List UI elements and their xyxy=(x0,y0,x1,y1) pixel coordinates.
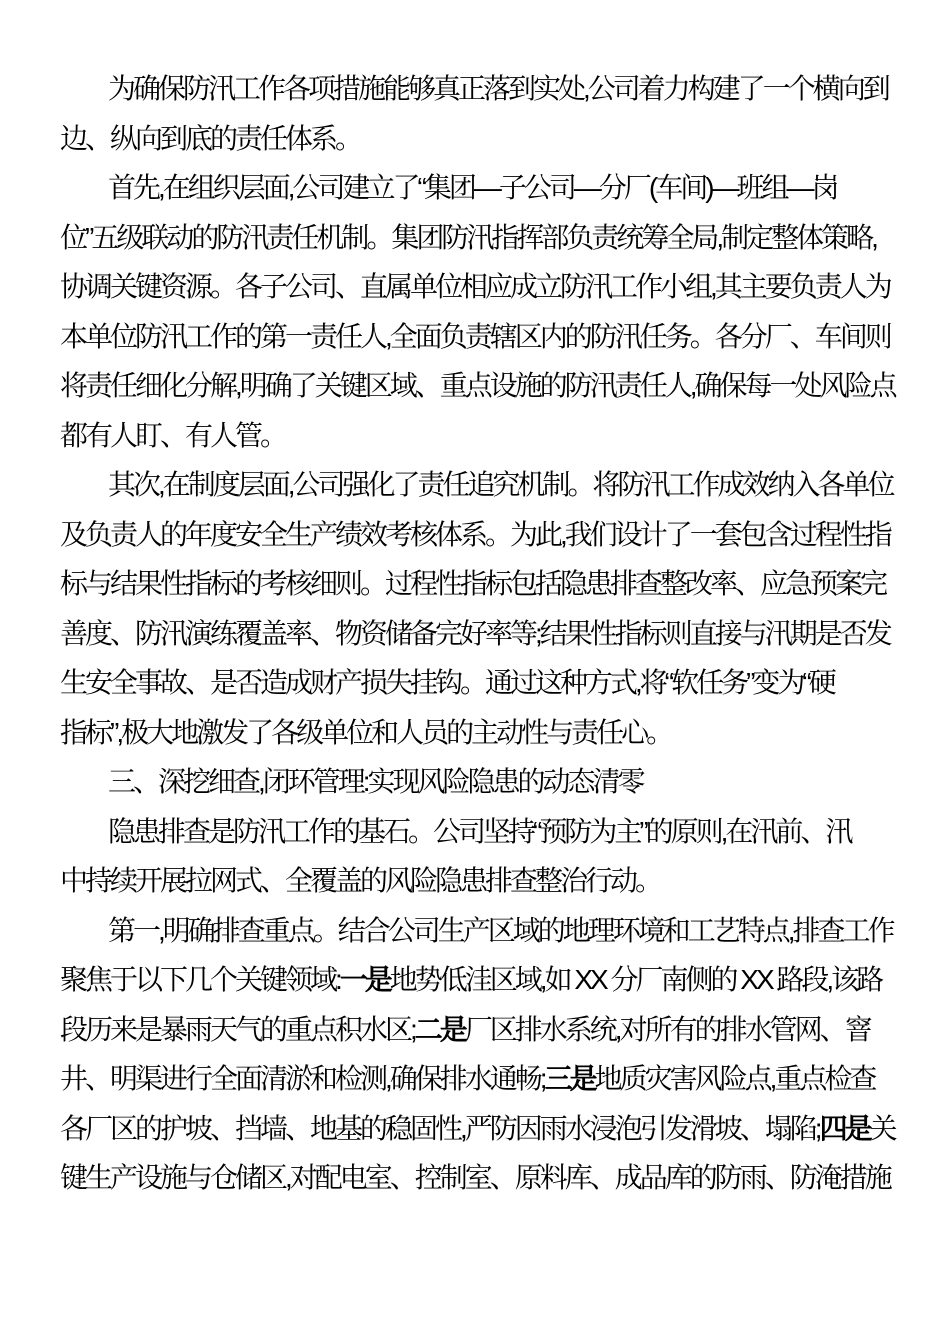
body-text: 本单位防汛工作的第一责任人,全面负责辖区内的防汛任务。各分厂、车间则 xyxy=(60,321,890,352)
body-text: 键生产设施与仓储区,对配电室、控制室、原料库、成品库的防雨、防淹措施 xyxy=(60,1162,890,1193)
body-text: 段历来是暴雨天气的重点积水区; xyxy=(60,1014,415,1045)
text-line: 首先,在组织层面,公司建立了“集团—子公司—分厂(车间)—班组—岗 xyxy=(60,163,892,213)
body-text: 厂区排水系统,对所有的排水管网、窨 xyxy=(465,1014,870,1045)
body-text: 指标”,极大地激发了各级单位和人员的主动性与责任心。 xyxy=(60,717,671,748)
text-line: 其次,在制度层面,公司强化了责任追究机制。将防汛工作成效纳入各单位 xyxy=(60,460,892,510)
body-text: 第一,明确排查重点。结合公司生产区域的地理环境和工艺特点,排查工作 xyxy=(108,915,893,946)
body-text: 其次,在制度层面,公司强化了责任追究机制。将防汛工作成效纳入各单位 xyxy=(108,469,893,500)
body-text: 关 xyxy=(870,1113,895,1144)
text-line: 边、纵向到底的责任体系。 xyxy=(60,114,892,164)
body-text: 三、深挖细查,闭环管理:实现风险隐患的动态清零 xyxy=(108,766,643,797)
emphasis-text: 三是 xyxy=(545,1063,595,1094)
body-text: 地质灾害风险点,重点检查 xyxy=(595,1063,875,1094)
body-text: 首先,在组织层面,公司建立了“集团—子公司—分厂(车间)—班组—岗 xyxy=(108,172,837,203)
emphasis-text: 二是 xyxy=(415,1014,465,1045)
text-line: 聚焦于以下几个关键领域:一是地势低洼区域,如 XX 分厂南侧的 XX 路段,该路 xyxy=(60,955,892,1005)
body-text: 协调关键资源。各子公司、直属单位相应成立防汛工作小组,其主要负责人为 xyxy=(60,271,890,302)
text-line: 中持续开展拉网式、全覆盖的风险隐患排查整治行动。 xyxy=(60,856,892,906)
text-line: 生安全事故、是否造成财产损失挂钩。通过这种方式,将“软任务”变为“硬 xyxy=(60,658,892,708)
body-text: 为确保防汛工作各项措施能够真正落到实处,公司着力构建了一个横向到 xyxy=(108,73,888,104)
text-line: 第一,明确排查重点。结合公司生产区域的地理环境和工艺特点,排查工作 xyxy=(60,906,892,956)
text-line: 协调关键资源。各子公司、直属单位相应成立防汛工作小组,其主要负责人为 xyxy=(60,262,892,312)
emphasis-text: 一是 xyxy=(340,964,390,995)
text-line: 为确保防汛工作各项措施能够真正落到实处,公司着力构建了一个横向到 xyxy=(60,64,892,114)
text-line: 位”五级联动的防汛责任机制。集团防汛指挥部负责统筹全局,制定整体策略, xyxy=(60,213,892,263)
body-text: 将责任细化分解,明确了关键区域、重点设施的防汛责任人,确保每一处风险点 xyxy=(60,370,895,401)
body-text: 标与结果性指标的考核细则。过程性指标包括隐患排查整改率、应急预案完 xyxy=(60,568,885,599)
text-line: 都有人盯、有人管。 xyxy=(60,411,892,461)
text-line: 隐患排查是防汛工作的基石。公司坚持“预防为主”的原则,在汛前、汛 xyxy=(60,807,892,857)
text-line: 将责任细化分解,明确了关键区域、重点设施的防汛责任人,确保每一处风险点 xyxy=(60,361,892,411)
body-text: 善度、防汛演练覆盖率、物资储备完好率等;结果性指标则直接与汛期是否发 xyxy=(60,618,890,649)
text-line: 标与结果性指标的考核细则。过程性指标包括隐患排查整改率、应急预案完 xyxy=(60,559,892,609)
body-text: 都有人盯、有人管。 xyxy=(60,420,285,451)
text-line: 指标”,极大地激发了各级单位和人员的主动性与责任心。 xyxy=(60,708,892,758)
text-line: 善度、防汛演练覆盖率、物资储备完好率等;结果性指标则直接与汛期是否发 xyxy=(60,609,892,659)
document-body: 为确保防汛工作各项措施能够真正落到实处,公司着力构建了一个横向到边、纵向到底的责… xyxy=(60,64,892,1203)
text-line: 各厂区的护坡、挡墙、地基的稳固性,严防因雨水浸泡引发滑坡、塌陷;四是关 xyxy=(60,1104,892,1154)
body-text: 井、明渠进行全面清淤和检测,确保排水通畅; xyxy=(60,1063,545,1094)
body-text: 及负责人的年度安全生产绩效考核体系。为此,我们设计了一套包含过程性指 xyxy=(60,519,890,550)
body-text: 各厂区的护坡、挡墙、地基的稳固性,严防因雨水浸泡引发滑坡、塌陷; xyxy=(60,1113,820,1144)
body-text: 地势低洼区域,如 XX 分厂南侧的 XX 路段,该路 xyxy=(390,964,881,995)
section-heading: 三、深挖细查,闭环管理:实现风险隐患的动态清零 xyxy=(60,757,892,807)
text-line: 段历来是暴雨天气的重点积水区;二是厂区排水系统,对所有的排水管网、窨 xyxy=(60,1005,892,1055)
document-page: 为确保防汛工作各项措施能够真正落到实处,公司着力构建了一个横向到边、纵向到底的责… xyxy=(0,0,950,1344)
text-line: 及负责人的年度安全生产绩效考核体系。为此,我们设计了一套包含过程性指 xyxy=(60,510,892,560)
body-text: 中持续开展拉网式、全覆盖的风险隐患排查整治行动。 xyxy=(60,865,660,896)
text-line: 键生产设施与仓储区,对配电室、控制室、原料库、成品库的防雨、防淹措施 xyxy=(60,1153,892,1203)
text-line: 本单位防汛工作的第一责任人,全面负责辖区内的防汛任务。各分厂、车间则 xyxy=(60,312,892,362)
emphasis-text: 四是 xyxy=(820,1113,870,1144)
body-text: 边、纵向到底的责任体系。 xyxy=(60,123,360,154)
body-text: 位”五级联动的防汛责任机制。集团防汛指挥部负责统筹全局,制定整体策略, xyxy=(60,222,876,253)
body-text: 生安全事故、是否造成财产损失挂钩。通过这种方式,将“软任务”变为“硬 xyxy=(60,667,834,698)
body-text: 聚焦于以下几个关键领域: xyxy=(60,964,340,995)
body-text: 隐患排查是防汛工作的基石。公司坚持“预防为主”的原则,在汛前、汛 xyxy=(108,816,850,847)
text-line: 井、明渠进行全面清淤和检测,确保排水通畅;三是地质灾害风险点,重点检查 xyxy=(60,1054,892,1104)
